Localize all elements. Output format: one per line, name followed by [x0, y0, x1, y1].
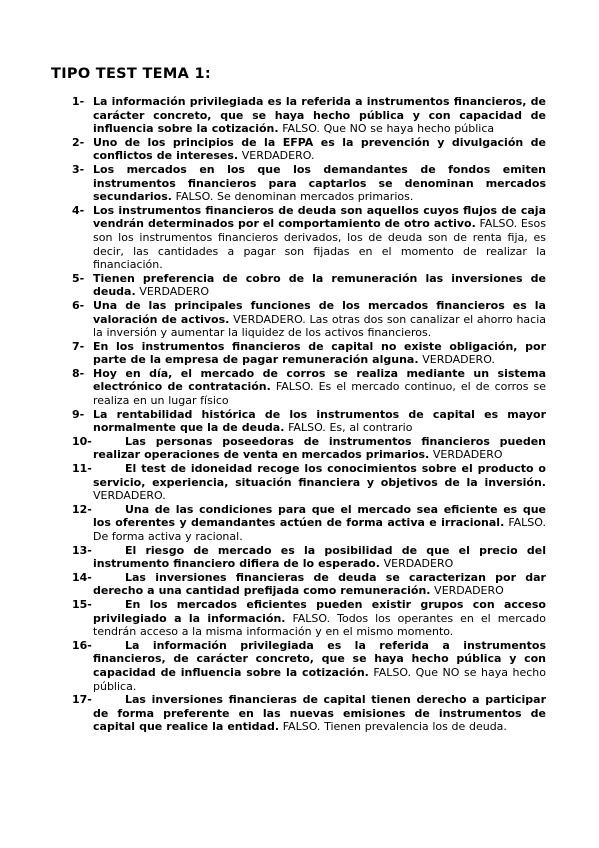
item-number: 11-: [72, 462, 92, 476]
page-title: TIPO TEST TEMA 1:: [51, 66, 546, 82]
item-number: 14-: [72, 571, 92, 585]
item-number: 8-: [72, 367, 84, 381]
question-list: 1-La información privilegiada es la refe…: [51, 95, 546, 734]
test-item-9: 9-La rentabilidad histórica de los instr…: [51, 408, 546, 435]
item-number: 5-: [72, 272, 84, 286]
item-answer: VERDADERO: [384, 557, 454, 570]
test-item-10: 10-Las personas poseedoras de instrument…: [51, 435, 546, 462]
item-answer: VERDADERO: [434, 584, 504, 597]
item-answer: FALSO. Que NO se haya hecho pública: [282, 122, 494, 135]
item-question: Una de las condiciones para que el merca…: [93, 503, 546, 530]
test-item-13: 13-El riesgo de mercado es la posibilida…: [51, 544, 546, 571]
item-question: Uno de los principios de la EFPA es la p…: [93, 136, 546, 163]
test-item-11: 11-El test de idoneidad recoge los conoc…: [51, 462, 546, 503]
test-item-4: 4-Los instrumentos financieros de deuda …: [51, 204, 546, 272]
item-answer: FALSO. Se denominan mercados primarios.: [176, 190, 414, 203]
test-item-2: 2-Uno de los principios de la EFPA es la…: [51, 136, 546, 163]
test-item-7: 7-En los instrumentos financieros de cap…: [51, 340, 546, 367]
item-answer: VERDADERO.: [93, 489, 166, 502]
item-number: 2-: [72, 136, 84, 150]
document-page: TIPO TEST TEMA 1: 1-La información privi…: [0, 0, 599, 848]
item-answer: VERDADERO: [139, 285, 209, 298]
test-item-3: 3-Los mercados en los que los demandante…: [51, 163, 546, 204]
item-number: 6-: [72, 299, 84, 313]
item-question: El riesgo de mercado es la posibilidad d…: [93, 544, 546, 571]
item-number: 17-: [72, 693, 92, 707]
item-number: 7-: [72, 340, 84, 354]
item-answer: FALSO. Es, al contrario: [288, 421, 412, 434]
item-number: 12-: [72, 503, 92, 517]
item-answer: VERDADERO.: [422, 353, 495, 366]
test-item-17: 17-Las inversiones financieras de capita…: [51, 693, 546, 734]
item-number: 10-: [72, 435, 92, 449]
item-answer: FALSO. Tienen prevalencia los de deuda.: [283, 720, 507, 733]
item-question: El test de idoneidad recoge los conocimi…: [93, 462, 546, 489]
test-item-8: 8-Hoy en día, el mercado de corros se re…: [51, 367, 546, 408]
item-number: 9-: [72, 408, 84, 422]
test-item-6: 6-Una de las principales funciones de lo…: [51, 299, 546, 340]
item-number: 16-: [72, 639, 92, 653]
item-number: 3-: [72, 163, 84, 177]
item-number: 13-: [72, 544, 92, 558]
test-item-16: 16-La información privilegiada es la ref…: [51, 639, 546, 693]
item-answer: VERDADERO: [433, 448, 503, 461]
item-number: 4-: [72, 204, 84, 218]
test-item-5: 5-Tienen preferencia de cobro de la remu…: [51, 272, 546, 299]
item-number: 1-: [72, 95, 84, 109]
test-item-15: 15-En los mercados eficientes pueden exi…: [51, 598, 546, 639]
test-item-12: 12-Una de las condiciones para que el me…: [51, 503, 546, 544]
item-number: 15-: [72, 598, 92, 612]
test-item-14: 14-Las inversiones financieras de deuda …: [51, 571, 546, 598]
test-item-1: 1-La información privilegiada es la refe…: [51, 95, 546, 136]
item-answer: VERDADERO.: [242, 149, 315, 162]
